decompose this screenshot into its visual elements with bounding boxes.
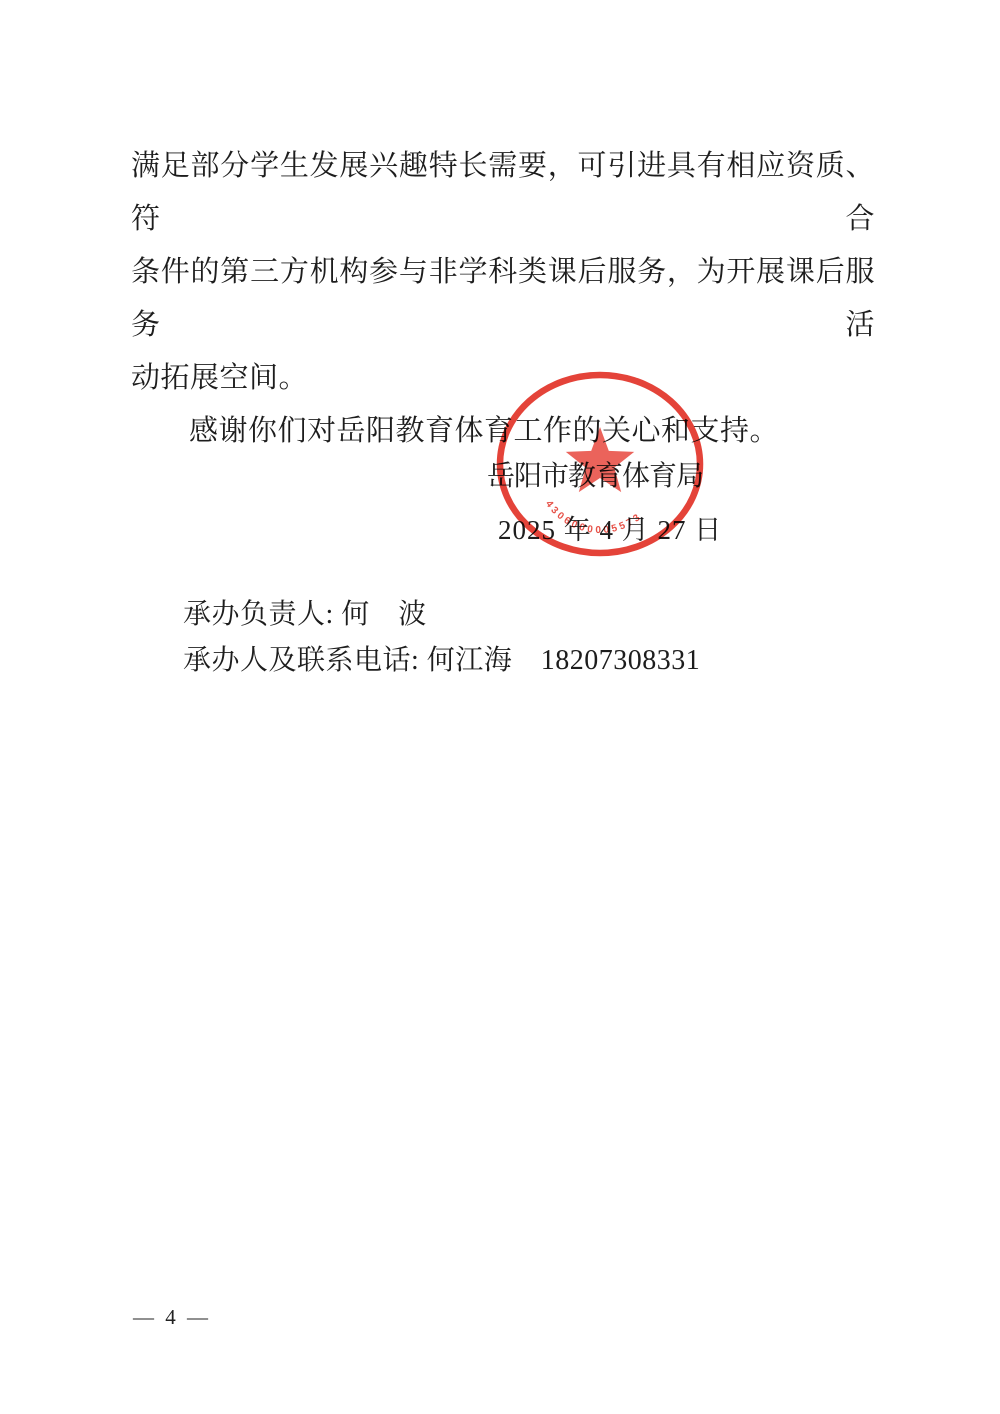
signature-org: 岳阳市教育体育局 (487, 454, 703, 494)
body-line-thanks: 感谢你们对岳阳教育体育工作的关心和支持。 (131, 405, 875, 458)
contact-block: 承办负责人: 何 波 承办人及联系电话: 何江海 18207308331 (183, 592, 700, 684)
document-page: 满足部分学生发展兴趣特长需要，可引进具有相应资质、符合 条件的第三方机构参与非学… (0, 0, 1000, 1414)
contact-manager: 承办负责人: 何 波 (183, 592, 700, 638)
body-line: 动拓展空间。 (131, 352, 875, 405)
contact-handler-phone: 承办人及联系电话: 何江海 18207308331 (183, 638, 700, 684)
body-line: 满足部分学生发展兴趣特长需要，可引进具有相应资质、符合 (131, 140, 875, 246)
body-paragraph: 满足部分学生发展兴趣特长需要，可引进具有相应资质、符合 条件的第三方机构参与非学… (131, 140, 875, 458)
page-number: — 4 — (133, 1305, 211, 1330)
seal-ring-text: 岳阳市教育体育局 (502, 562, 696, 564)
body-line: 条件的第三方机构参与非学科类课后服务，为开展课后服务活 (131, 246, 875, 352)
signature-date: 2025 年 4 月 27 日 (498, 508, 722, 547)
